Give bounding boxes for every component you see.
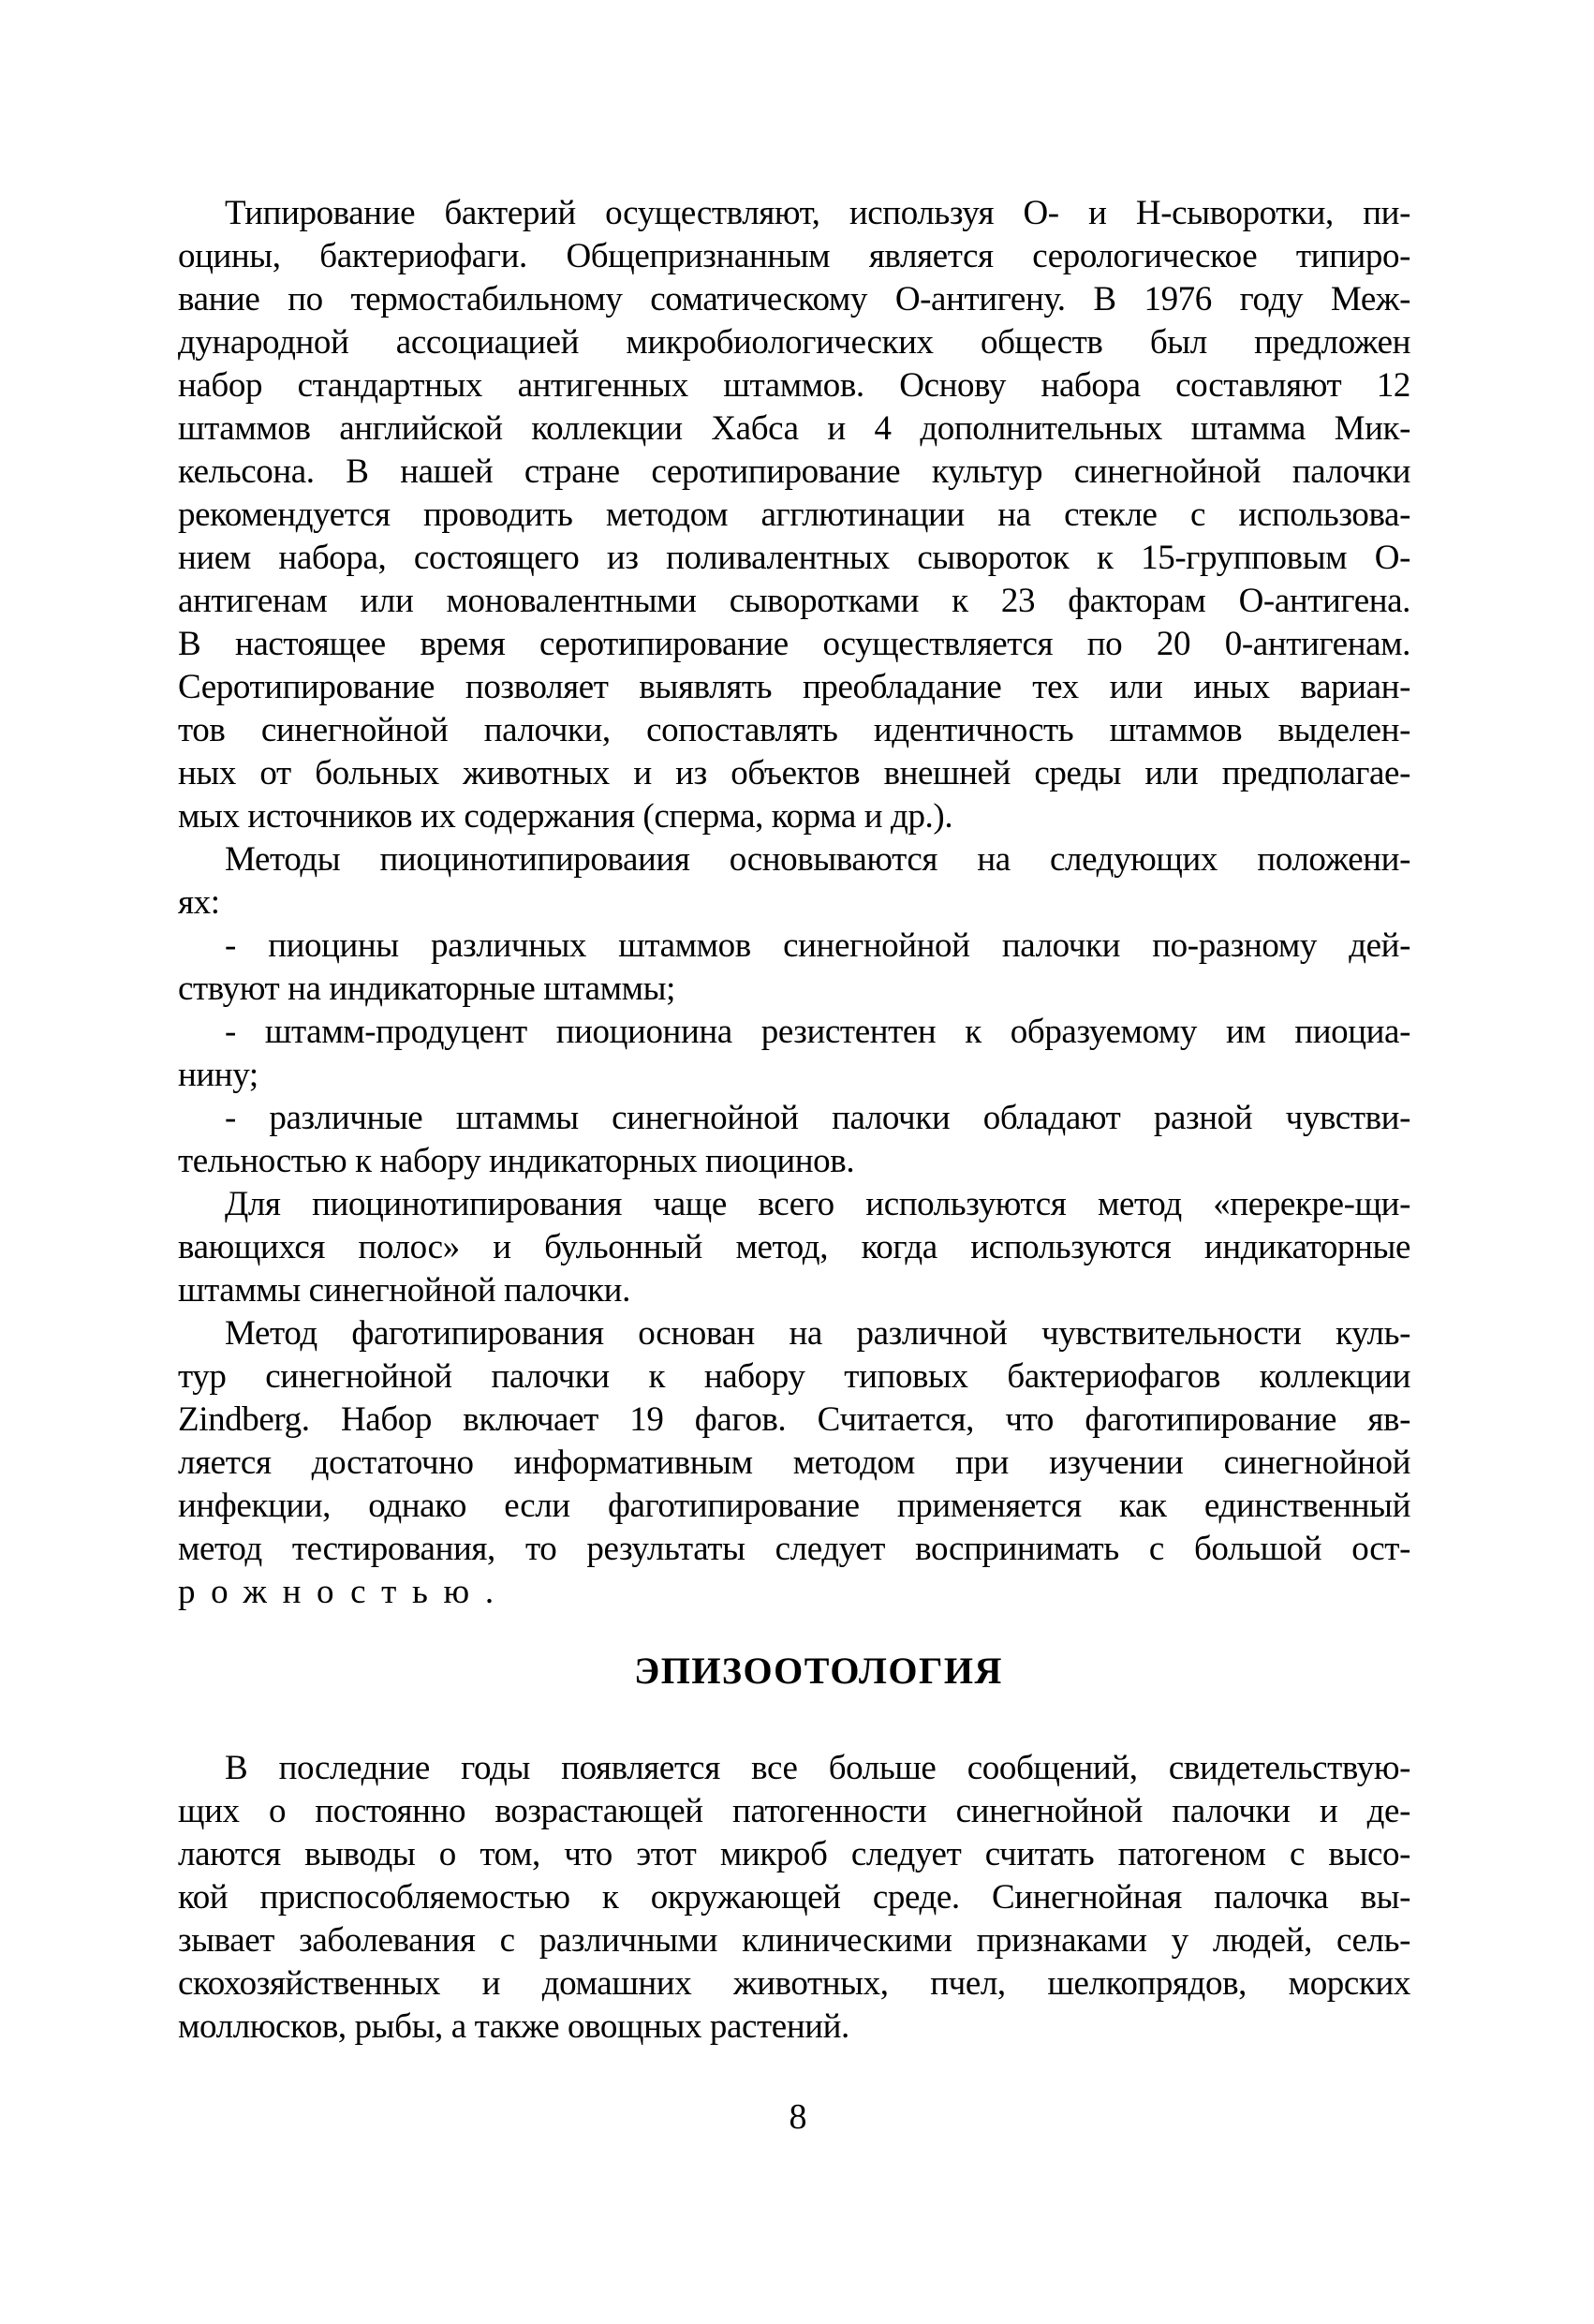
epizootology-paragraph: В последние годы появляется все больше с… <box>178 1747 1410 2049</box>
text-line: Методы пиоцинотипироваиия основываются н… <box>178 838 1410 881</box>
text-line: инфекции, однако если фаготипирование пр… <box>178 1485 1410 1528</box>
text-line: тов синегнойной палочки, сопоставлять ид… <box>178 709 1410 752</box>
text-line: моллюсков, рыбы, а также овощных растени… <box>178 2006 1410 2049</box>
text-line: В последние годы появляется все больше с… <box>178 1747 1410 1790</box>
text-line: Для пиоцинотипирования чаще всего исполь… <box>178 1183 1410 1226</box>
typing-methods-paragraphs: Типирование бактерий осуществляют, испол… <box>178 192 1410 1614</box>
text-line: кельсона. В нашей стране серотипирование… <box>178 451 1410 494</box>
list-item-line: - различные штаммы синегнойной палочки о… <box>178 1097 1410 1140</box>
list-item-line: нину; <box>178 1054 1410 1097</box>
text-line: лаются выводы о том, что этот микроб сле… <box>178 1833 1410 1876</box>
text-line: дународной ассоциацией микробиологически… <box>178 321 1410 364</box>
text-line: оцины, бактериофаги. Общепризнанным явля… <box>178 235 1410 278</box>
list-item-line: - штамм-продуцент пиоционина резистентен… <box>178 1011 1410 1054</box>
text-line: рожностью. <box>178 1571 1410 1614</box>
text-line: рекомендуется проводить методом агглютин… <box>178 494 1410 537</box>
text-line: штаммов английской коллекции Хабса и 4 д… <box>178 407 1410 451</box>
text-line: ляется достаточно информативным методом … <box>178 1442 1410 1485</box>
section-heading-epizootology: ЭПИЗООТОЛОГИЯ <box>178 1650 1410 1693</box>
text-line: кой приспособляемостью к окружающей сред… <box>178 1876 1410 1919</box>
list-item-line: тельностью к набору индикаторных пиоцино… <box>178 1140 1410 1183</box>
text-line: ных от больных животных и из объектов вн… <box>178 752 1410 795</box>
text-line: В настоящее время серотипирование осущес… <box>178 623 1410 666</box>
text-line: Метод фаготипирования основан на различн… <box>178 1312 1410 1355</box>
scanned-document-page: Типирование бактерий осуществляют, испол… <box>0 0 1594 2324</box>
text-line: Zindberg. Набор включает 19 фагов. Счита… <box>178 1399 1410 1442</box>
text-line: ях: <box>178 881 1410 925</box>
text-line: скохозяйственных и домашних животных, пч… <box>178 1962 1410 2006</box>
page-number: 8 <box>178 2095 1410 2139</box>
text-line: зывает заболевания с различными клиничес… <box>178 1919 1410 1962</box>
list-item-line: ствуют на индикаторные штаммы; <box>178 968 1410 1011</box>
text-line: нием набора, состоящего из поливалентных… <box>178 537 1410 580</box>
text-line: Типирование бактерий осуществляют, испол… <box>178 192 1410 235</box>
text-column: Типирование бактерий осуществляют, испол… <box>178 192 1410 2139</box>
text-line: вающихся полос» и бульонный метод, когда… <box>178 1226 1410 1269</box>
text-line: набор стандартных антигенных штаммов. Ос… <box>178 364 1410 407</box>
list-item-line: - пиоцины различных штаммов синегнойной … <box>178 925 1410 968</box>
text-line: штаммы синегнойной палочки. <box>178 1269 1410 1312</box>
text-line: мых источников их содержания (сперма, ко… <box>178 795 1410 838</box>
text-line: метод тестирования, то результаты следуе… <box>178 1528 1410 1571</box>
text-line: тур синегнойной палочки к набору типовых… <box>178 1355 1410 1399</box>
text-line: антигенам или моновалентными сыворотками… <box>178 580 1410 623</box>
text-line: Серотипирование позволяет выявлять преоб… <box>178 666 1410 709</box>
text-line: вание по термостабильному соматическому … <box>178 278 1410 321</box>
text-line: щих о постоянно возрастающей патогенност… <box>178 1790 1410 1833</box>
